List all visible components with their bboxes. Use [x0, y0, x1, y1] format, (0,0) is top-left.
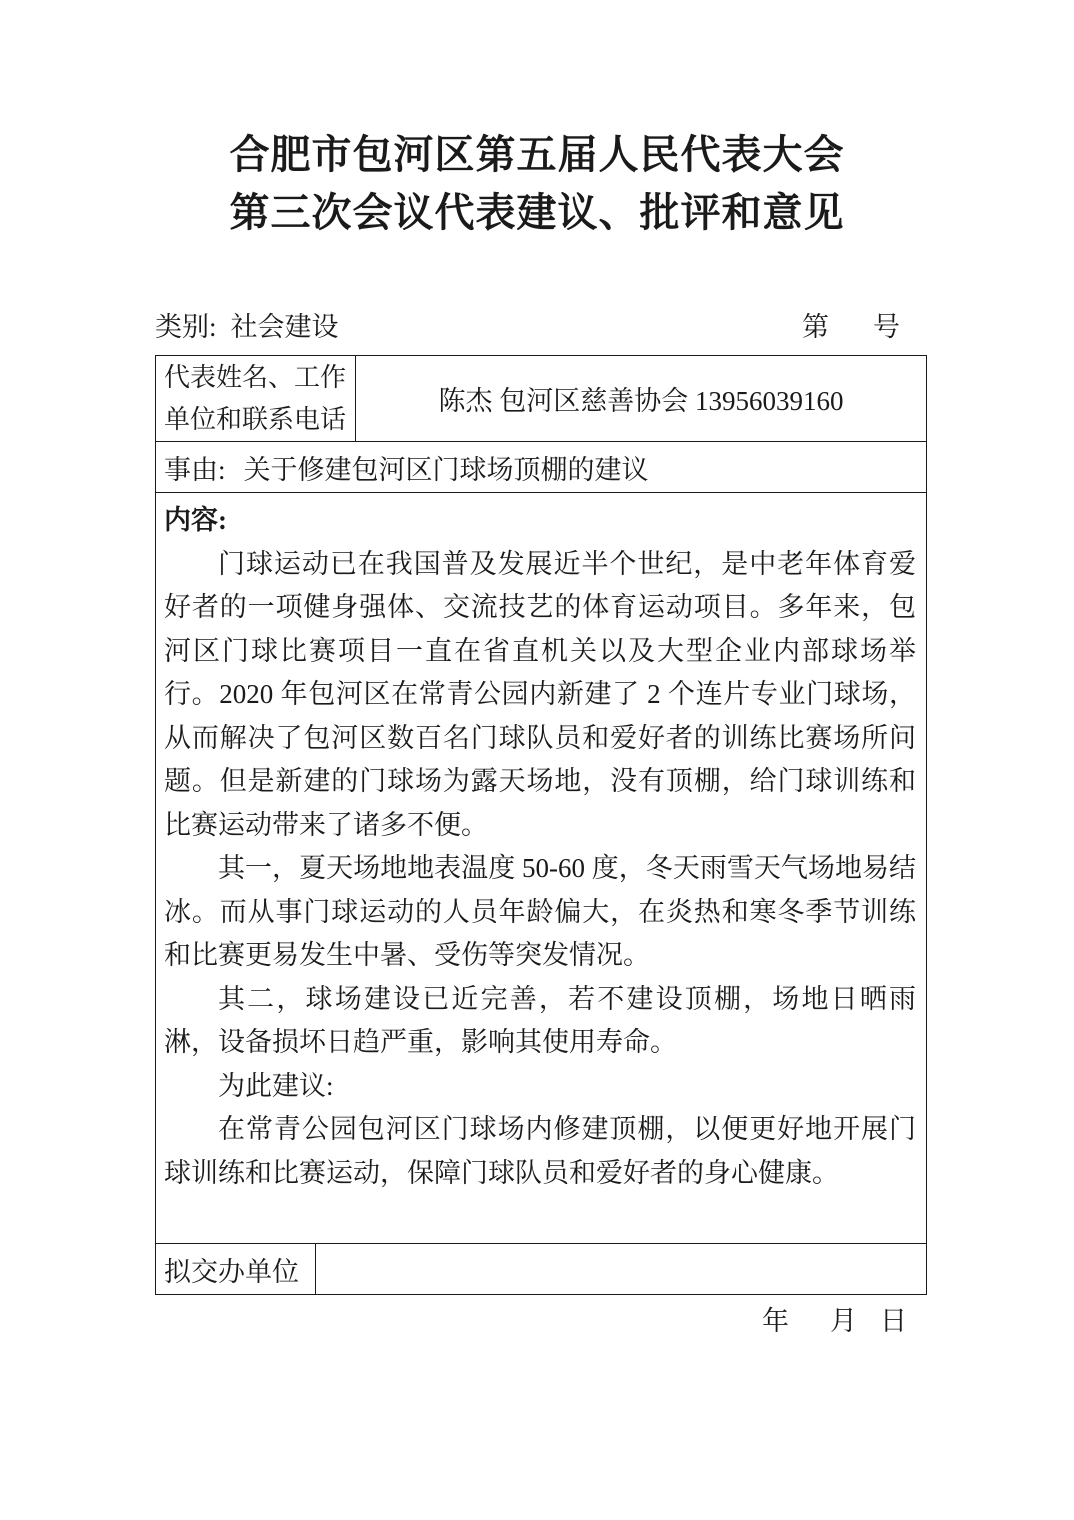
content-row: 内容: 门球运动已在我国普及发展近半个世纪，是中老年体育爱好者的一项健身强体、交… [156, 493, 926, 1244]
document-title-line1: 合肥市包河区第五届人民代表大会 [0, 126, 1074, 184]
date-line: 年 月 日 [155, 1301, 927, 1341]
content-paragraph: 其一，夏天场地地表温度 50-60 度，冬天雨雪天气场地易结冰。而从事门球运动的… [164, 847, 916, 978]
year-label: 年 [762, 1301, 789, 1341]
month-label: 月 [830, 1301, 857, 1341]
document-title: 合肥市包河区第五届人民代表大会 第三次会议代表建议、批评和意见 [0, 126, 1074, 242]
category-value: 社会建设 [231, 312, 339, 342]
meta-row: 类别:社会建设 第号 [155, 306, 927, 348]
content-label: 内容: [164, 499, 916, 543]
representative-label-line2: 单位和联系电话 [164, 399, 355, 441]
subject-label: 事由: [164, 448, 226, 487]
assignee-label: 拟交办单位 [156, 1244, 316, 1294]
document-page: 合肥市包河区第五届人民代表大会 第三次会议代表建议、批评和意见 类别:社会建设 … [0, 0, 1074, 1520]
representative-label-line1: 代表姓名、工作 [164, 357, 355, 399]
representative-value: 陈杰 包河区慈善协会 13956039160 [356, 356, 926, 441]
subject-row: 事由: 关于修建包河区门球场顶棚的建议 [156, 442, 926, 493]
assignee-value-cell [316, 1244, 926, 1294]
doc-number: 第号 [802, 306, 900, 348]
subject-value: 关于修建包河区门球场顶棚的建议 [244, 448, 649, 487]
content-body: 门球运动已在我国普及发展近半个世纪，是中老年体育爱好者的一项健身强体、交流技艺的… [164, 543, 916, 1196]
assignee-row: 拟交办单位 [156, 1244, 926, 1294]
representative-label: 代表姓名、工作 单位和联系电话 [156, 356, 356, 441]
representative-row: 代表姓名、工作 单位和联系电话 陈杰 包河区慈善协会 13956039160 [156, 356, 926, 442]
day-label: 日 [880, 1301, 907, 1341]
category-label: 类别: [155, 312, 217, 342]
content-paragraph: 为此建议: [164, 1065, 916, 1109]
doc-number-suffix: 号 [873, 312, 900, 342]
content-paragraph: 其二，球场建设已近完善，若不建设顶棚，场地日晒雨淋，设备损坏日趋严重，影响其使用… [164, 978, 916, 1065]
content-paragraph: 在常青公园包河区门球场内修建顶棚，以便更好地开展门球训练和比赛运动，保障门球队员… [164, 1108, 916, 1195]
document-title-line2: 第三次会议代表建议、批评和意见 [0, 184, 1074, 242]
form-table: 代表姓名、工作 单位和联系电话 陈杰 包河区慈善协会 13956039160 事… [155, 355, 927, 1295]
doc-number-prefix: 第 [802, 312, 829, 342]
content-paragraph: 门球运动已在我国普及发展近半个世纪，是中老年体育爱好者的一项健身强体、交流技艺的… [164, 543, 916, 848]
